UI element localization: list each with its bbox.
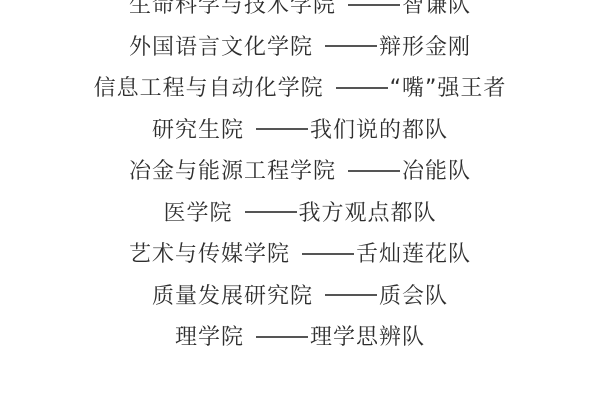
team-name: 冶能队 xyxy=(402,154,471,185)
list-item: 信息工程与自动化学院 “嘴”强王者 xyxy=(0,66,600,108)
college-name: 艺术与传媒学院 xyxy=(129,237,290,268)
college-name: 生命科学与技术学院 xyxy=(129,0,336,19)
dash-separator xyxy=(348,170,400,172)
list-item: 理学院 理学思辨队 xyxy=(0,315,600,357)
dash-separator xyxy=(325,45,377,47)
team-list: 生命科学与技术学院 智谦队 外国语言文化学院 辩形金刚 信息工程与自动化学院 “… xyxy=(0,0,600,357)
dash-separator xyxy=(325,294,377,296)
college-name: 质量发展研究院 xyxy=(152,279,313,310)
list-item: 外国语言文化学院 辩形金刚 xyxy=(0,25,600,67)
team-name: 辩形金刚 xyxy=(379,30,471,61)
team-name: 舌灿莲花队 xyxy=(356,237,471,268)
dash-separator xyxy=(302,253,354,255)
college-name: 医学院 xyxy=(163,196,232,227)
team-name: 质会队 xyxy=(379,279,448,310)
college-name: 信息工程与自动化学院 xyxy=(94,71,324,102)
team-name: 我方观点都队 xyxy=(299,196,437,227)
team-name: 智谦队 xyxy=(402,0,471,19)
list-item: 生命科学与技术学院 智谦队 xyxy=(0,0,600,25)
dash-separator xyxy=(245,211,297,213)
list-item: 质量发展研究院 质会队 xyxy=(0,274,600,316)
college-name: 外国语言文化学院 xyxy=(129,30,313,61)
team-name: 理学思辨队 xyxy=(310,320,425,351)
dash-separator xyxy=(256,128,308,130)
college-name: 冶金与能源工程学院 xyxy=(129,154,336,185)
team-name: “嘴”强王者 xyxy=(390,71,507,102)
list-item: 医学院 我方观点都队 xyxy=(0,191,600,233)
dash-separator xyxy=(348,4,400,6)
college-name: 理学院 xyxy=(175,320,244,351)
team-name: 我们说的都队 xyxy=(310,113,448,144)
list-item: 艺术与传媒学院 舌灿莲花队 xyxy=(0,232,600,274)
college-name: 研究生院 xyxy=(152,113,244,144)
list-item: 研究生院 我们说的都队 xyxy=(0,108,600,150)
dash-separator xyxy=(336,87,388,89)
list-item: 冶金与能源工程学院 冶能队 xyxy=(0,149,600,191)
dash-separator xyxy=(256,336,308,338)
